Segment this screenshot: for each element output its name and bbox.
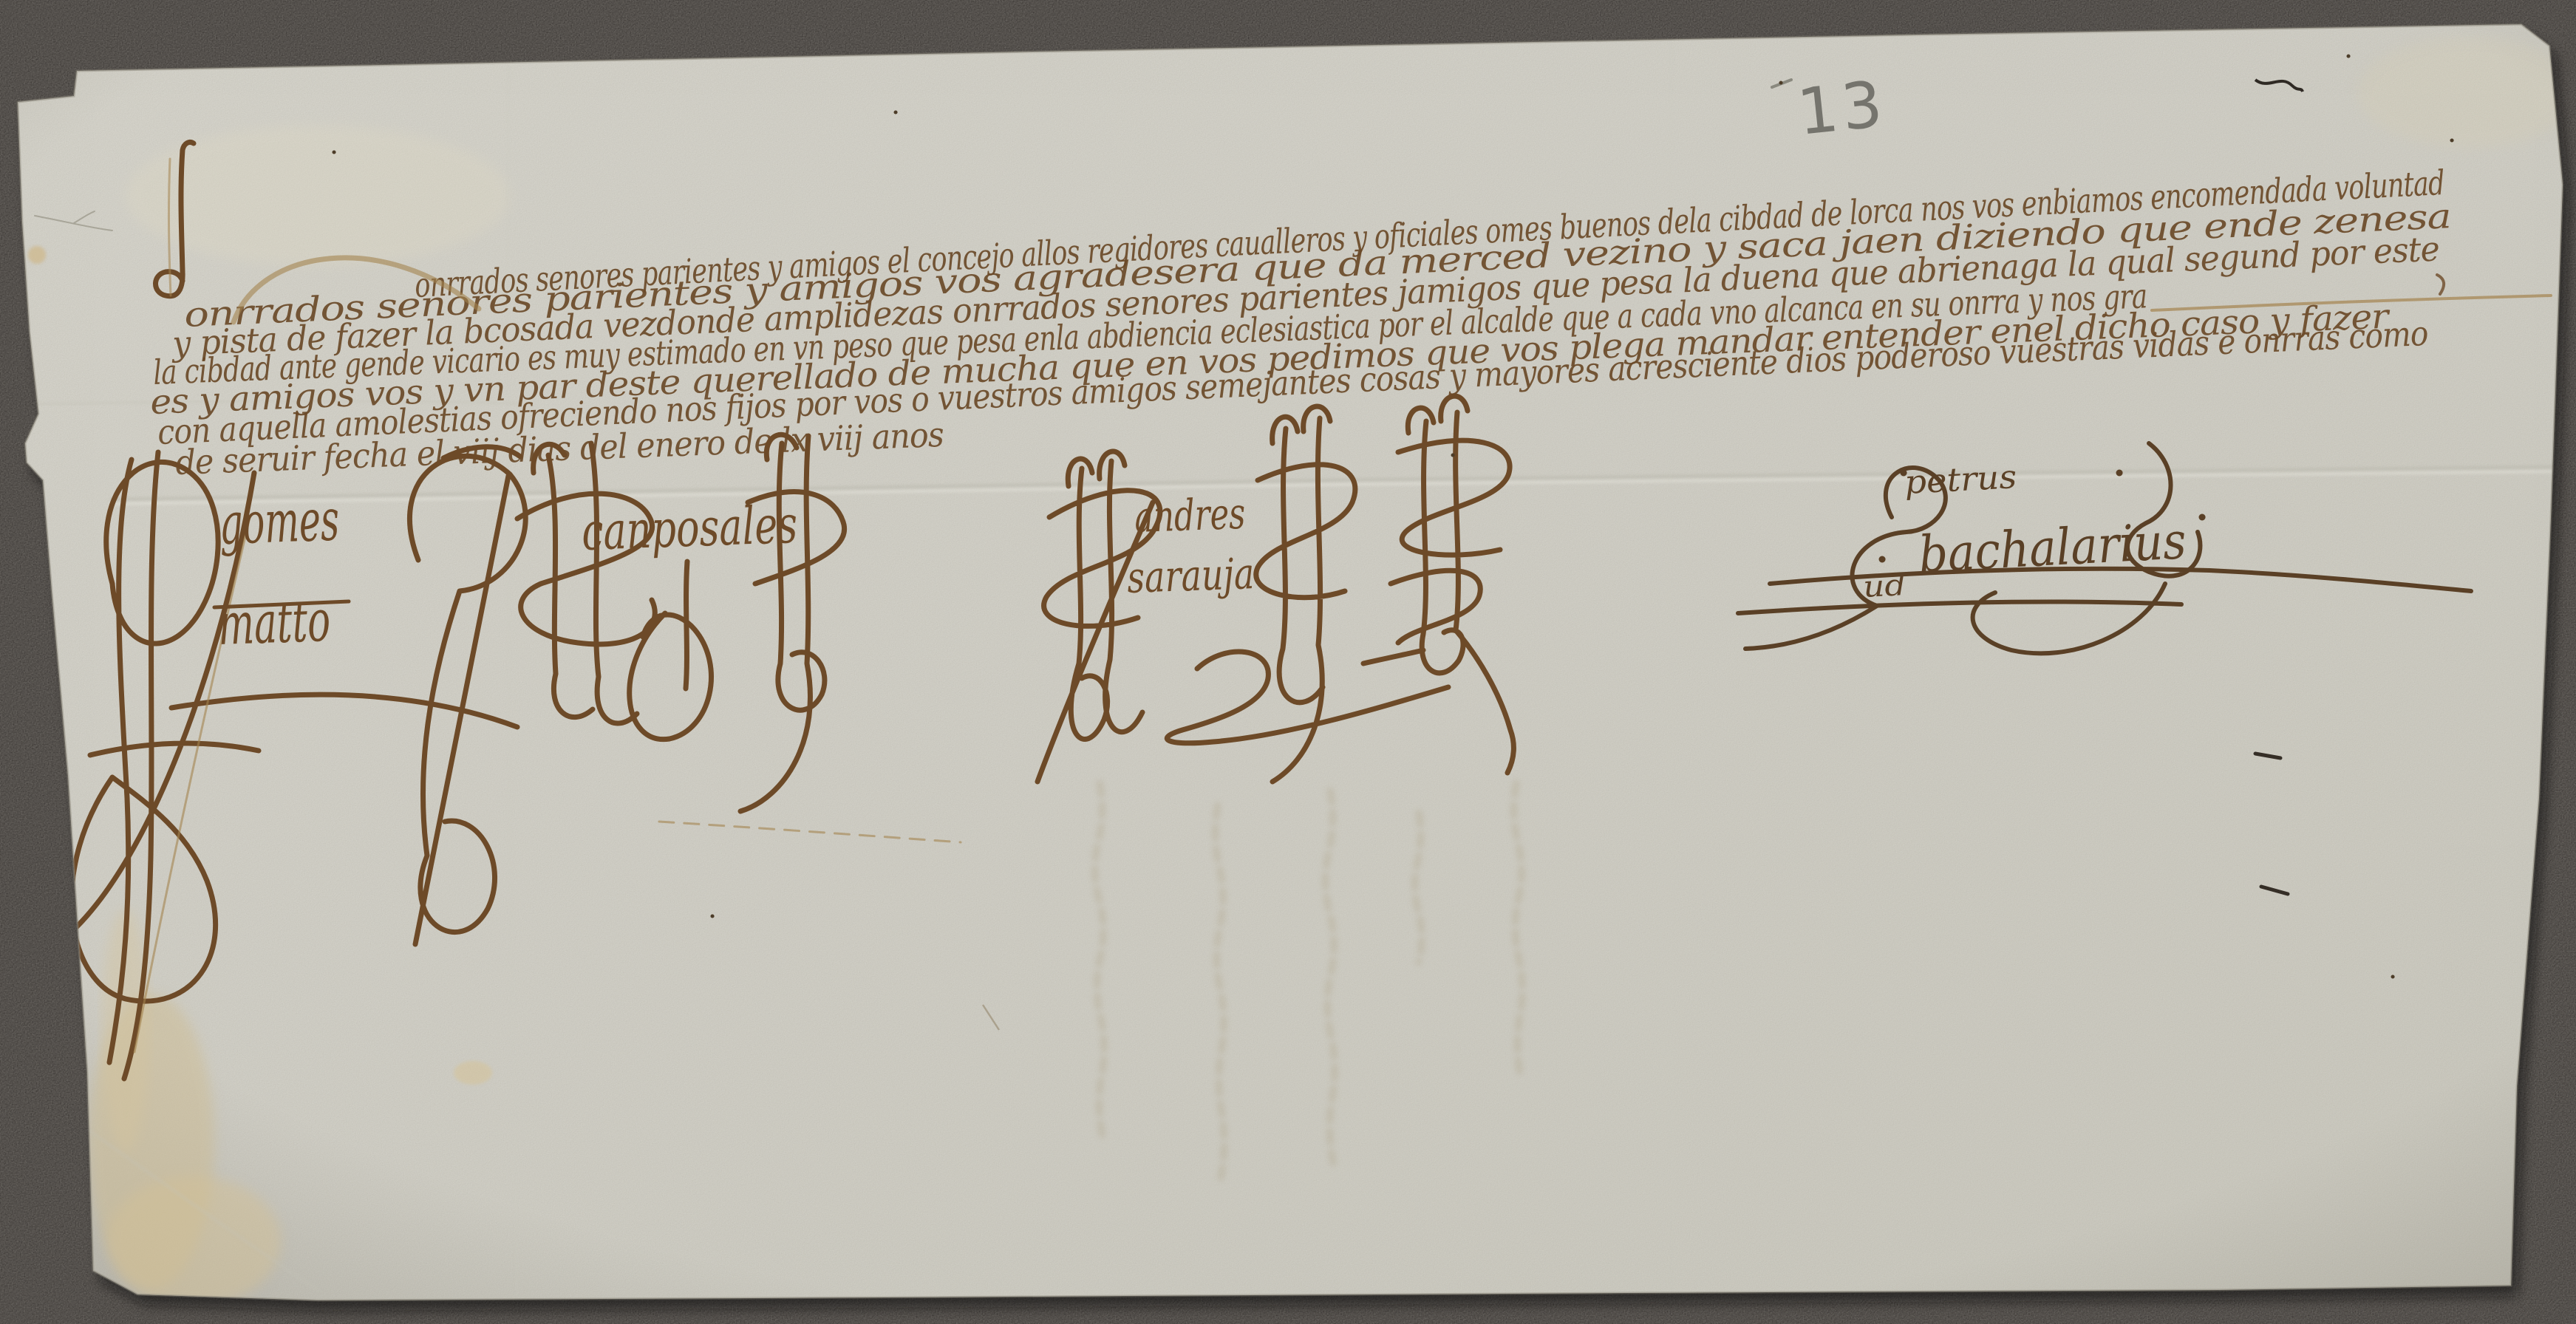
signature-gomes-name-line2: matto (217, 588, 332, 658)
signature-andres-name-line2: sarauja (1126, 548, 1255, 603)
paper-surface-detail: onrrados senores parientes y amigos el c… (0, 0, 2576, 1324)
scanned-document-page: onrrados senores parientes y amigos el c… (0, 0, 2576, 1324)
signature-bachiller-name-line3: ud (1862, 568, 1907, 604)
signature-bachiller-name-line1: petrus (1904, 458, 2017, 502)
signature-andres-name-line1: andres (1134, 488, 1246, 542)
archival-number-pencil: 13 (1794, 67, 1890, 150)
manuscript-scan: onrrados senores parientes y amigos el c… (0, 0, 2576, 1324)
signature-canposales-name: canposales (581, 494, 799, 562)
signature-gomes-name-line1: gomes (219, 487, 341, 558)
